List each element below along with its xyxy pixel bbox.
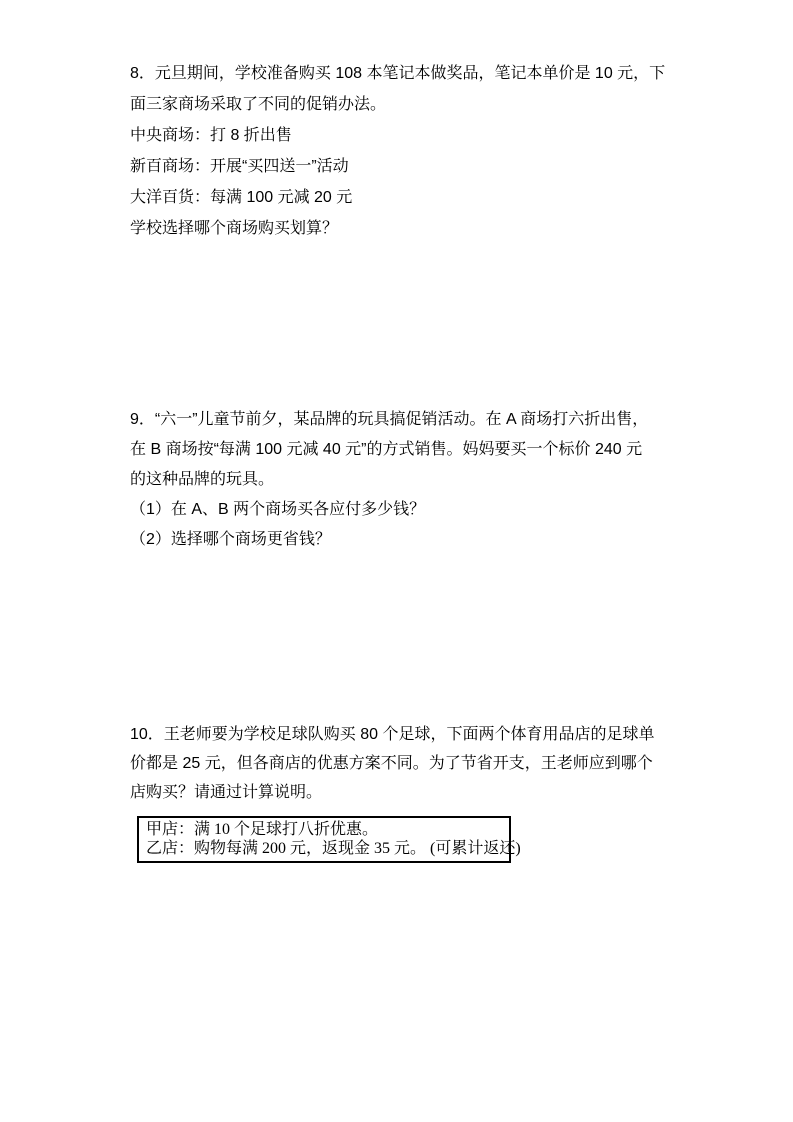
problem-8-block: 8．元旦期间，学校准备购买 108 本笔记本做奖品，笔记本单价是 10 元，下 … bbox=[130, 58, 673, 244]
problem-8-line-1: 8．元旦期间，学校准备购买 108 本笔记本做奖品，笔记本单价是 10 元，下 bbox=[130, 58, 673, 89]
problem-9-subquestion-2: （2）选择哪个商场更省钱？ bbox=[130, 525, 673, 555]
problem-10-line-1: 10．王老师要为学校足球队购买 80 个足球，下面两个体育用品店的足球单 bbox=[130, 720, 673, 749]
problem-9-line-1: 9．“六一”儿童节前夕，某品牌的玩具搞促销活动。在 A 商场打六折出售， bbox=[130, 405, 673, 435]
problem-9-subquestion-1: （1）在 A、B 两个商场买各应付多少钱？ bbox=[130, 495, 673, 525]
problem-8-option-dayang-store: 大洋百货：每满 100 元减 20 元 bbox=[130, 182, 673, 213]
problem-8-option-central-mall: 中央商场：打 8 折出售 bbox=[130, 120, 673, 151]
problem-10-line-3: 店购买？请通过计算说明。 bbox=[130, 778, 673, 807]
offer-box-store-b: 乙店：购物每满 200 元，返现金 35 元。 (可累计返还) bbox=[146, 839, 502, 858]
problem-10-line-2: 价都是 25 元，但各商店的优惠方案不同。为了节省开支，王老师应到哪个 bbox=[130, 749, 673, 778]
problem-8-line-2: 面三家商场采取了不同的促销办法。 bbox=[130, 89, 673, 120]
problem-9-line-2: 在 B 商场按“每满 100 元减 40 元”的方式销售。妈妈要买一个标价 24… bbox=[130, 435, 673, 465]
problem-9-line-3: 的这种品牌的玩具。 bbox=[130, 465, 673, 495]
offer-box-store-a: 甲店：满 10 个足球打八折优惠。 bbox=[146, 820, 502, 839]
problem-8-option-xinbai-mall: 新百商场：开展“买四送一”活动 bbox=[130, 151, 673, 182]
problem-9-block: 9．“六一”儿童节前夕，某品牌的玩具搞促销活动。在 A 商场打六折出售， 在 B… bbox=[130, 405, 673, 555]
problem-8-question: 学校选择哪个商场购买划算？ bbox=[130, 213, 673, 244]
problem-10-offer-box: 甲店：满 10 个足球打八折优惠。 乙店：购物每满 200 元，返现金 35 元… bbox=[137, 816, 511, 863]
problem-10-block: 10．王老师要为学校足球队购买 80 个足球，下面两个体育用品店的足球单 价都是… bbox=[130, 720, 673, 807]
worksheet-page: 8．元旦期间，学校准备购买 108 本笔记本做奖品，笔记本单价是 10 元，下 … bbox=[0, 0, 793, 1122]
